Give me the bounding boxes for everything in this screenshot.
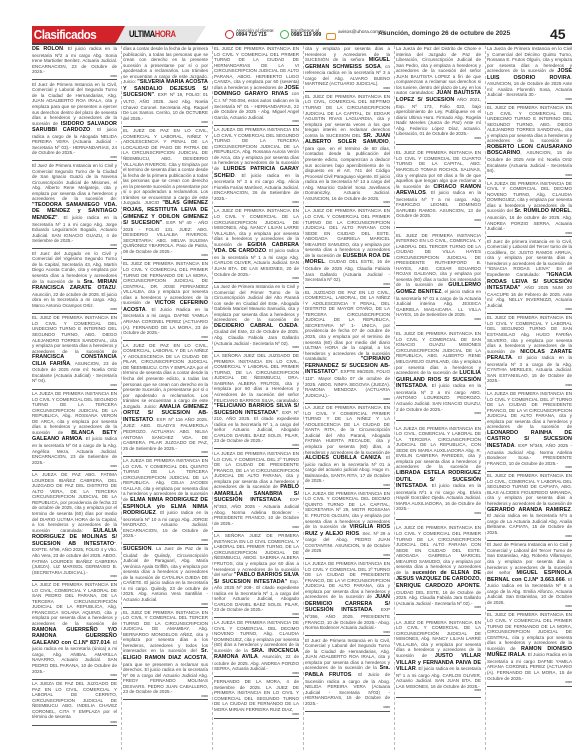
notice-code: 0000 xyxy=(32,575,117,579)
legal-notice: EL JUEZ DE PRIMERA INSTANCIA EN LO CIVIL… xyxy=(487,105,572,179)
notice-code: 0000 xyxy=(396,219,481,223)
contact-phone: Atención al cliente:0994 715 715 xyxy=(225,28,275,39)
notice-subject-name: RAMONA GUERREÑO Y/O RAMONA GUERREÑO GALE… xyxy=(32,627,117,646)
notice-code: 0000 xyxy=(214,346,299,350)
notice-code: 0000 xyxy=(32,244,117,248)
legal-notice: LA JUEZA DE PRIMERA INSTANCIA EN LO CIVI… xyxy=(487,391,572,472)
phone-icon xyxy=(225,30,234,39)
legal-notice: LA JUEZ DE PRIMERA INSTANCIA EN LO CIVIL… xyxy=(305,208,390,288)
notice-text: LA JUEZ DE PAZ EN LO CIVIL, COMERCIAL, L… xyxy=(123,343,208,409)
legal-notice: EL JUEZ DE PRIMERA INSTANCIA EN LO CIVIL… xyxy=(32,315,117,389)
column-3: EL JUEZ DE PRIMERA INSTANCIA EN LO CIVIL… xyxy=(212,46,299,750)
legal-notice: LA JUEZA DE PRIMERA INSTANCIA EN LO CIVI… xyxy=(214,451,299,532)
legal-notice: LA JUEZ DE PRIMERA INSTANCIA EN LO CIVIL… xyxy=(214,208,299,282)
legal-notice: El Juez de Primera Instancia en lo Civil… xyxy=(305,638,390,712)
classifieds-columns: DE ROLON. El juicio radica en la secreta… xyxy=(32,46,572,750)
notice-code: 0000 xyxy=(123,539,208,543)
legal-notice: LA JUEZ DE PRIMERA INSTANCIA EN LO CIVIL… xyxy=(305,405,390,489)
notice-code: 0000 xyxy=(123,254,208,258)
legal-notice: La Jueza de Paz del Distrito de Chore e … xyxy=(396,46,481,145)
notice-code: 0000 xyxy=(32,156,117,160)
column-1: DE ROLON. El juicio radica en la secreta… xyxy=(32,46,117,750)
notice-code: 0000 xyxy=(305,631,390,635)
notice-code: 0000 xyxy=(32,721,117,725)
newspaper-page: Clasificados ULTIMAHORA Atención al clie… xyxy=(32,26,572,750)
mail-icon xyxy=(326,33,336,40)
notice-subject-name: GERARDO ARANDA RAMIREZ xyxy=(487,507,571,513)
notice-text: EL JUEZ DE PAZ EN LO CIVIL, COMERCIAL Y … xyxy=(123,128,208,205)
legal-notice: cita y emplaza por sesenta días a Herede… xyxy=(305,46,390,92)
column-4: cita y emplaza por sesenta días a Herede… xyxy=(303,46,390,750)
notice-code: 0000 xyxy=(214,444,299,448)
notice-code: 0000 xyxy=(487,466,572,470)
header-divider xyxy=(32,43,572,45)
logo-text-1: ULTIMA xyxy=(129,29,155,39)
legal-notice: EL JUEZ DE PRIMERA INSTANCIA EN LO CIVIL… xyxy=(487,612,572,686)
issue-date: Asunción, domingo 26 de octubre de 2025 xyxy=(378,30,510,37)
notice-text: LA JUEZA DE PRIMERA INSTANCIA EN LO CIVI… xyxy=(396,426,481,470)
notice-code: 0000 xyxy=(214,713,299,717)
contact-value: 0994 715 715 xyxy=(236,33,275,38)
legal-notice: LA SEÑORA JUEZ DEL JUZGADO DE PRIMERA IN… xyxy=(214,353,299,449)
legal-notice: EL JUEZ DE PRIMERA INSTANCIA EN LO CIVIL… xyxy=(214,46,299,126)
legal-notice: LA JUEZ DE PRIMERA INSTANCIA EN LO CIVIL… xyxy=(32,582,117,679)
notice-code: 0000 xyxy=(32,674,117,678)
notice-text: AÑO 2021, Exp. Nº 173, Folio 022, bajo a… xyxy=(396,97,481,136)
legal-notice: EL JUEZ DE PRIMERA INSTANCIA EN LO CIVIL… xyxy=(396,331,481,420)
legal-notice: EL JUEZ DE PRIMERA INSTANCIA INTERINO EN… xyxy=(396,233,481,327)
notice-code: 0000 xyxy=(396,606,481,610)
legal-notice: LA JUEZA DE PRIMERA INSTANCIA DE CIVIL Y… xyxy=(487,181,572,237)
legal-notice: DE ROLON. El juicio radica en la secreta… xyxy=(32,46,117,80)
legal-notice: EL JUEZ DE PRIMERA INSTANCIA EN LO CIVIL… xyxy=(305,94,390,207)
column-6: La Jueza de Primera Instancia en lo Civi… xyxy=(485,46,572,750)
logo-text-2: HORA xyxy=(155,29,176,39)
legal-notice: EL JUEZ DE PRIMERA INSTANCIA EN LO CIVIL… xyxy=(123,261,208,341)
legal-notice: EL JUEZ DE PRIMERA INSTANCIA EN LO CIVIL… xyxy=(487,315,572,389)
notice-code: 0000 xyxy=(487,605,572,609)
notice-code: 0000 xyxy=(305,87,390,91)
notice-text: , para que, en el termino de 60 días, co… xyxy=(305,139,390,201)
notice-code: 0000 xyxy=(487,98,572,102)
notice-code: 0000 xyxy=(305,398,390,402)
legal-notice: El Juez de Primera Instancia en lo Civil… xyxy=(32,163,117,249)
notice-subject-name: DE ROLON xyxy=(32,46,63,52)
column-5: La Jueza de Paz del Distrito de Chore e … xyxy=(394,46,481,750)
page-number: 45 xyxy=(550,26,566,42)
notice-text: EL JUEZ DE PRIMERA INSTANCIA EN LO CIVIL… xyxy=(487,105,572,143)
notice-code: 0000 xyxy=(123,451,208,455)
notice-text: LA JUEZA DE PRIMERA INSTANCIA EN LO CIVI… xyxy=(123,458,208,502)
page-header: Clasificados ULTIMAHORA Atención al clie… xyxy=(32,26,572,43)
legal-notice: LA JUEZ DE PAZ EN LO CIVIL, COMERCIAL, L… xyxy=(123,343,208,457)
notice-text: LA JUEZA DE PAZ ABG. FATIMA LOURDES IBAÑ… xyxy=(32,472,117,532)
notice-code: 0000 xyxy=(487,535,572,539)
notice-text: EL JUEZ DE PRIMERA INSTANCIA EN LO CIVIL… xyxy=(123,261,208,305)
notice-text: EL JUZGADO DE PAZ EN LO CIVIL, COMERCIAL… xyxy=(305,290,390,362)
notice-code: 0000 xyxy=(487,174,572,178)
notice-text: LA JUEZ DE PRIMERA INSTANCIA EN LO CIVIL… xyxy=(32,582,117,626)
notice-subject-name: Sr. RUMILDO MOREL xyxy=(514,208,570,214)
legal-notice: LA JUEZA DE PAZ ABG. FATIMA LOURDES IBAÑ… xyxy=(32,472,117,580)
notice-code: 0000 xyxy=(214,201,299,205)
notice-code: 0000 xyxy=(214,672,299,676)
notice-code: 0000 xyxy=(214,277,299,281)
legal-notice: LA JUEZA DE PRIMERA INSTANCIA DE CIVIL Y… xyxy=(214,620,299,678)
notice-text: LA JUEZ DE PRIMERA INSTANCIA EN LO CIVIL… xyxy=(305,208,390,257)
legal-notice: El Juez de Primera Instancia en lo Civil… xyxy=(487,542,572,611)
contact-email: avisos@uhora.com.py xyxy=(326,30,386,40)
legal-notice: EL JUEZ DE PRIMERA INSTANCIA EN LO CIVIL… xyxy=(123,610,208,701)
legal-notice: LA JUEZA DE PRIMERA INSTANCIA EN LO CIVI… xyxy=(32,391,117,471)
notice-code: 0000 xyxy=(214,613,299,617)
legal-notice: LA JUEZA DE PRIMERA INSTANCIA EN LO CIVI… xyxy=(305,491,390,560)
notice-code: 0000 xyxy=(396,412,481,416)
notice-code: 0000 xyxy=(305,484,390,488)
legal-notice: LA SEÑORA JUEZ DE PRIMERA INSTANCIA EN L… xyxy=(214,533,299,618)
legal-notice: La Jueza de Primera Instancia en lo Civi… xyxy=(487,46,572,104)
notice-text: LA JUEZA DE PRIMERA INSTANCIA EN LO CIVI… xyxy=(214,127,299,171)
legal-notice: LA JUEZA DE PRIMERA INSTANCIA EN LO CIVI… xyxy=(396,426,481,521)
column-2: días a contar desde la fecha de la prime… xyxy=(121,46,208,750)
legal-notice: EL JUEZ DE PRIMERA INSTANCIA EN LO CIVIL… xyxy=(396,150,481,227)
notice-code: 0000 xyxy=(305,554,390,558)
legal-notice: LA JUEZA DE PRIMERA INSTANCIA EN LO CIVI… xyxy=(305,561,390,636)
newspaper-logo: ULTIMAHORA xyxy=(129,29,176,40)
notice-subject-name: SUCESION xyxy=(123,546,152,552)
notice-text: LA JUEZA DE PRIMERA INSTANCIA EN LO CIVI… xyxy=(487,391,572,429)
notice-text: LA JUEZ DE PRIMERA INSTANCIA EN LO CIVIL… xyxy=(396,525,481,574)
notice-text: EL JUEZ DE PRIMERA INSTANCIA EN LO CIVIL… xyxy=(305,94,390,138)
notice-text: LA SEÑORA JUEZ DE PRIMERA INSTANCIA EN L… xyxy=(214,533,299,577)
legal-notice: FERNANDO DE LA MORA, 4 de Setiembre de 2… xyxy=(214,679,299,719)
notice-text: EL JUEZ DE PRIMERA INSTANCIA INTERINO EN… xyxy=(396,233,481,288)
notice-text: LA SEÑORA JUEZ DEL JUZGADO DE PRIMERA IN… xyxy=(214,353,299,402)
notice-text: El Juez de Primera Instancia en lo Civil… xyxy=(32,82,117,126)
notice-code: 0000 xyxy=(123,336,208,340)
legal-notice: LA JUEZ DE PRIMERA INSTANCIA EN LO CIVIL… xyxy=(396,620,481,698)
notice-code: 0000 xyxy=(32,75,117,79)
notice-text: EL JUEZ DE PRIMERA INSTANCIA EN LO CIVIL… xyxy=(32,315,117,353)
notice-text: La Juez de Primera Instancia en lo Civil… xyxy=(214,284,299,322)
notice-code: 0000 xyxy=(123,121,208,125)
notice-text: LA JUEZA DE PRIMERA INSTANCIA EN LO CIVI… xyxy=(32,391,117,435)
notice-code: 0000 xyxy=(214,120,299,124)
notice-code: 0000 xyxy=(32,465,117,469)
notice-code: 0000 xyxy=(305,706,390,710)
section-banner: Clasificados xyxy=(32,26,127,43)
notice-code: 0000 xyxy=(487,681,572,685)
notice-code: 0000 xyxy=(487,384,572,388)
notice-subject-name: DECIDERIO CABRAL OJEDA xyxy=(214,323,298,329)
notice-text: EL JUEZ DE PRIMERA INSTANCIA EN LO CIVIL… xyxy=(214,46,299,90)
notice-code: 0000 xyxy=(305,283,390,287)
notice-text: La Jueza de Paz del Distrito de Chore e … xyxy=(396,46,481,95)
notice-code: 0000 xyxy=(214,526,299,530)
notice-code: 0000 xyxy=(487,308,572,312)
notice-code: 0000 xyxy=(32,308,117,312)
legal-notice: El Juez de Primera Instancia en lo Civil… xyxy=(32,82,117,162)
legal-notice: El Juez de primera instancia en lo Civil… xyxy=(487,239,572,314)
notice-text: LA JUEZA DE PAZ DEL JUZGADO DE PAZ EN LO… xyxy=(32,681,117,719)
legal-notice: La Juez de Primera Instancia en lo Civil… xyxy=(214,284,299,352)
notice-code: 0000 xyxy=(396,689,481,693)
notice-text: EL JUEZ DE PRIMERA INSTANCIA EN LO CIVIL… xyxy=(487,473,572,506)
notice-code: 0000 xyxy=(123,603,208,607)
whatsapp-icon xyxy=(280,30,289,39)
legal-notice: EL JUEZ DE PRIMERA INSTANCIA EN LO CIVIL… xyxy=(487,473,572,541)
notice-text: El Juez de Primera Instancia en lo Civil… xyxy=(32,163,117,201)
legal-notice: LA JUEZA DE PRIMERA INSTANCIA EN LO CIVI… xyxy=(123,458,208,544)
notice-text: . La Juez de Paz de la Ciudad de Quiindy… xyxy=(123,546,208,602)
notice-text: EL JUEZ DE PRIMERA INSTANCIA EN LO CIVIL… xyxy=(123,610,208,654)
notice-text: EL JUEZ DE PRIMERA INSTANCIA EN LO CIVIL… xyxy=(396,331,481,375)
legal-notice: SUCESION. La Juez de Paz de la Ciudad de… xyxy=(123,546,208,608)
contact-whatsapp: Escríbenos al0985 119 999 xyxy=(280,28,321,39)
section-title: Clasificados xyxy=(32,26,118,43)
contact-value: 0985 119 999 xyxy=(291,33,321,38)
notice-code: 0000 xyxy=(396,137,481,141)
notice-code: 0000 xyxy=(396,512,481,516)
legal-notice: LA JUEZA DE PAZ DEL JUZGADO DE PAZ EN LO… xyxy=(32,681,117,726)
notice-code: 0000 xyxy=(305,201,390,205)
legal-notice: días a contar desde la fecha de la prime… xyxy=(123,46,208,127)
notice-text: El Juez de Primera Instancia en lo Civil… xyxy=(305,638,390,671)
notice-text: FERNANDO DE LA MORA, 4 de Setiembre de 2… xyxy=(214,679,299,712)
notice-code: 0000 xyxy=(487,232,572,236)
legal-notice: El Juez del Juzgado en lo Civil y Comerc… xyxy=(32,251,117,314)
notice-code: 0000 xyxy=(123,695,208,699)
notice-subject-name: ALCIDES CUBILLA CANIZA xyxy=(305,455,381,461)
legal-notice: EL JUEZ DE PAZ EN LO CIVIL, COMERCIAL Y … xyxy=(123,128,208,260)
legal-notice: EL JUZGADO DE PAZ EN LO CIVIL, COMERCIAL… xyxy=(305,290,390,404)
legal-notice: LA JUEZA DE PRIMERA INSTANCIA EN LO CIVI… xyxy=(214,127,299,207)
notice-code: 0000 xyxy=(396,318,481,322)
notice-text: , para que se presenten a reclamar sus d… xyxy=(123,655,208,694)
legal-notice: LA JUEZ DE PRIMERA INSTANCIA EN LO CIVIL… xyxy=(396,525,481,614)
notice-text: LA JUEZ DE PRIMERA INSTANCIA EN LO CIVIL… xyxy=(305,405,390,454)
notice-code: 0000 xyxy=(32,384,117,388)
